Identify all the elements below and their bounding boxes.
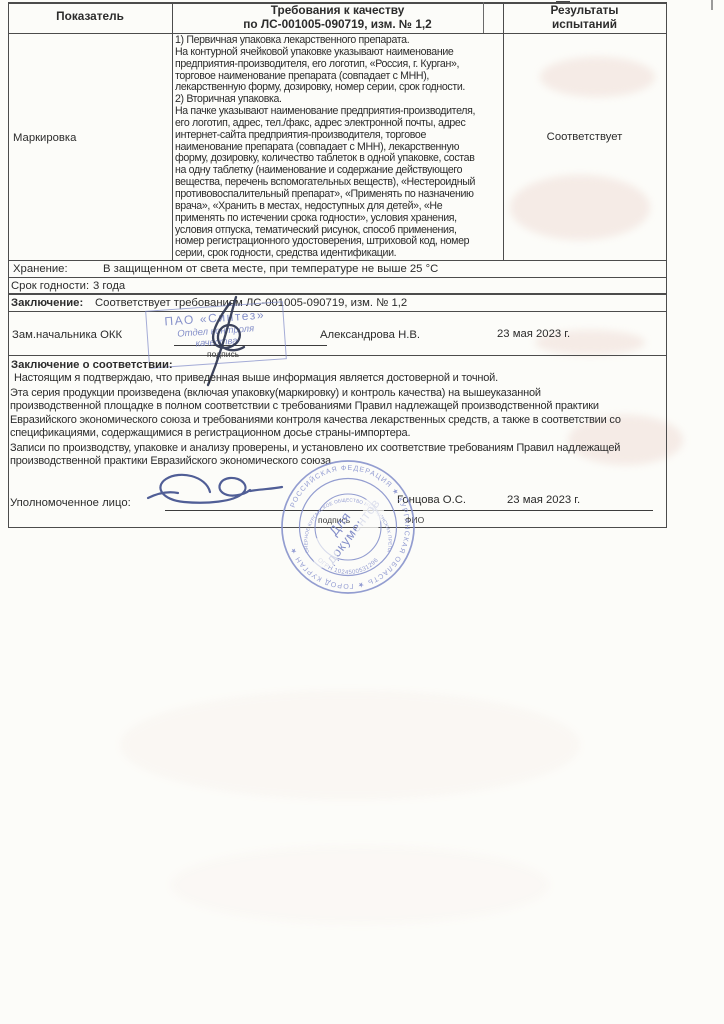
table-border-storage-bottom <box>8 277 667 278</box>
scanned-quality-certificate-page: Показатель Требования к качеству по ЛС-0… <box>0 0 724 1024</box>
table-border-shelflife-bottom <box>8 293 667 295</box>
authorized-sign-date: 23 мая 2023 г. <box>507 494 580 507</box>
qc-signer-name: Александрова Н.В. <box>320 329 420 342</box>
column-header-results: Результаты испытаний <box>503 3 666 31</box>
authorized-person-role: Уполномоченное лицо: <box>10 497 131 510</box>
table-border-right <box>666 2 667 527</box>
storage-label: Хранение: <box>13 263 68 276</box>
shelf-life-label: Срок годности: <box>11 280 89 293</box>
scan-smudge <box>510 175 650 240</box>
stamp-scan-highlight <box>309 535 339 569</box>
table-border-conclusion-bottom <box>8 311 667 312</box>
column-header-indicator: Показатель <box>8 9 172 23</box>
scan-smudge <box>540 57 655 97</box>
table-divider-col1 <box>172 2 173 260</box>
round-company-stamp: РОССИЙСКАЯ ФЕДЕРАЦИЯ ★ КУРГАНСКАЯ ОБЛАСТ… <box>266 445 430 609</box>
conformity-title: Заключение о соответствии: <box>11 359 173 372</box>
conclusion-label: Заключение: <box>11 297 83 310</box>
marking-row-label: Маркировка <box>13 132 76 145</box>
conformity-paragraph-1: Настоящим я подтверждаю, что приведенная… <box>14 372 662 385</box>
marking-result-value: Соответствует <box>503 131 666 144</box>
storage-value: В защищенном от света месте, при темпера… <box>103 263 438 276</box>
qc-sign-date: 23 мая 2023 г. <box>497 328 570 341</box>
qc-signer-role: Зам.начальника ОКК <box>12 329 122 342</box>
shelf-life-value: 3 года <box>93 280 125 293</box>
scan-speck <box>711 0 713 10</box>
column-header-requirements: Требования к качеству по ЛС-001005-09071… <box>172 3 503 31</box>
table-border-signrow-bottom <box>8 355 667 356</box>
scan-smudge <box>120 690 580 800</box>
scan-smudge <box>170 845 550 925</box>
conformity-paragraph-2: Эта серия продукции произведена (включая… <box>10 387 662 441</box>
table-border-marking-bottom <box>8 260 667 261</box>
marking-requirements-text: 1) Первичная упаковка лекарственного пре… <box>175 35 509 260</box>
